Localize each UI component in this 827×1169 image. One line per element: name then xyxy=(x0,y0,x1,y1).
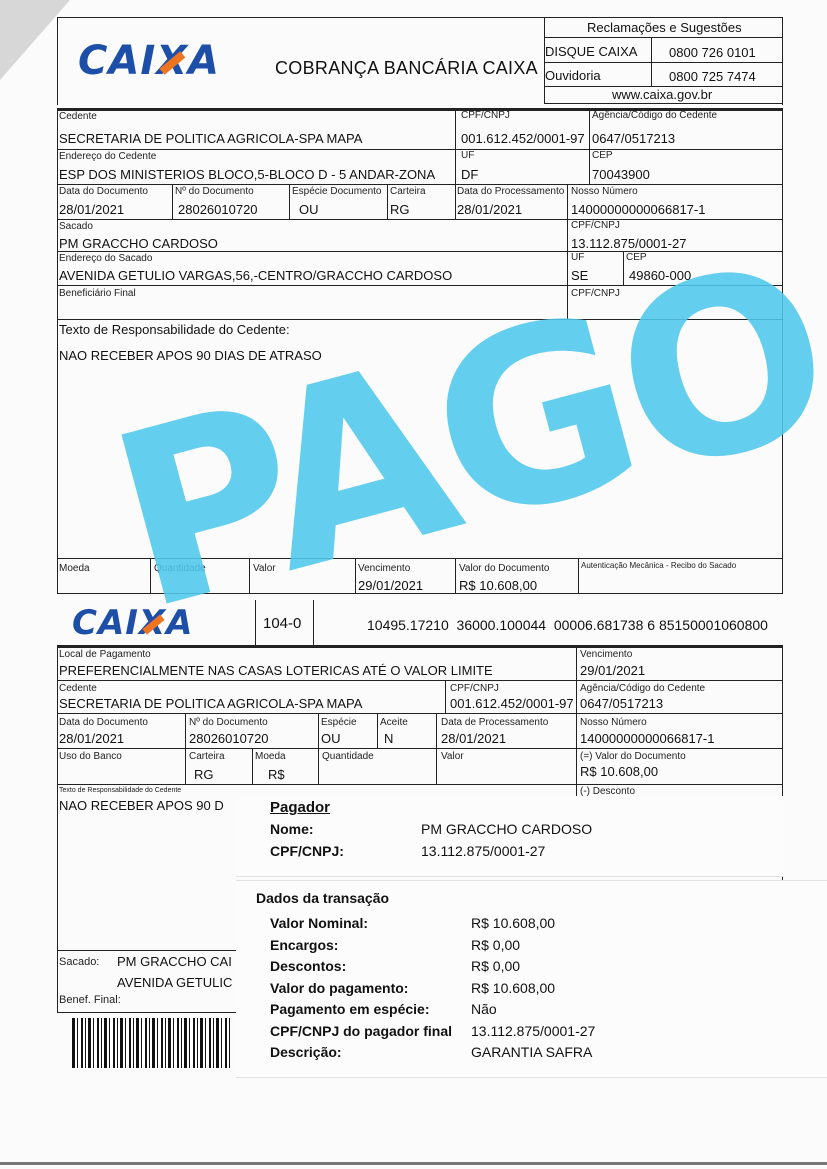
slip-header-divider xyxy=(313,600,314,645)
transacao-value: Não xyxy=(471,1001,497,1017)
sacado-uf-value: SE xyxy=(571,268,588,283)
col-divider xyxy=(445,680,446,713)
header-left-line xyxy=(57,17,58,105)
caixa-logo-slip: CAIXA xyxy=(72,603,193,643)
row-divider xyxy=(57,319,783,320)
cedente-label: Cedente xyxy=(59,111,97,122)
endereco-cedente-label: Endereço do Cedente xyxy=(59,151,156,162)
col-divider xyxy=(455,558,456,594)
contacts-divider xyxy=(544,62,783,63)
slip-cpf-cnpj-label: CPF/CNPJ xyxy=(450,683,499,694)
transacao-value: R$ 0,00 xyxy=(471,958,520,974)
transacao-heading: Dados da transação xyxy=(256,890,389,906)
slip-numero-documento-label: Nº do Documento xyxy=(189,717,268,728)
pagador-heading: Pagador xyxy=(270,799,330,816)
agencia-value: 0647/0517213 xyxy=(592,131,675,146)
slip-carteira-value: RG xyxy=(194,767,214,782)
col-divider xyxy=(567,184,568,319)
pagador-nome-key: Nome: xyxy=(270,821,314,837)
slip-cpf-cnpj-value: 001.612.452/0001-97 xyxy=(450,696,574,711)
contact-label-disque: DISQUE CAIXA xyxy=(545,44,637,59)
cpf-cnpj-value: 001.612.452/0001-97 xyxy=(461,131,585,146)
col-divider xyxy=(576,645,577,797)
carteira-label: Carteira xyxy=(390,186,426,197)
contacts-heading: Reclamações e Sugestões xyxy=(587,20,742,35)
row-divider xyxy=(57,251,783,252)
data-processamento-label: Data do Processamento xyxy=(457,186,564,197)
quantidade-label: Quantidade xyxy=(154,563,206,574)
especie-documento-label: Espécie Documento xyxy=(292,186,382,197)
vencimento-value: 29/01/2021 xyxy=(358,578,423,593)
barcode xyxy=(72,1018,230,1068)
sacado-label: Sacado xyxy=(59,221,93,232)
slip-sacado-label: Sacado: xyxy=(59,956,99,968)
agencia-label: Agência/Código do Cedente xyxy=(592,110,717,121)
transacao-key: Valor Nominal: xyxy=(270,915,368,931)
col-divider xyxy=(172,184,173,219)
slip-nosso-numero-value: 14000000000066817-1 xyxy=(580,731,714,746)
row-divider xyxy=(57,950,237,951)
contacts-divider xyxy=(544,37,783,38)
linha-digitavel[interactable]: 10495.17210 36000.100044 00006.681738 6 … xyxy=(367,617,768,633)
col-divider xyxy=(377,713,378,748)
slip-texto-responsabilidade-label: Texto de Responsabilidade do Cedente xyxy=(59,787,181,794)
data-documento-label: Data do Documento xyxy=(59,186,148,197)
sacado-cpf-value: 13.112.875/0001-27 xyxy=(571,236,686,251)
slip-data-documento-value: 28/01/2021 xyxy=(59,731,124,746)
col-divider xyxy=(318,713,319,784)
transacao-key: Pagamento em espécie: xyxy=(270,1001,430,1017)
slip-carteira-label: Carteira xyxy=(189,751,225,762)
slip-cedente-label: Cedente xyxy=(59,683,97,694)
slip-texto-responsabilidade-value: NAO RECEBER APOS 90 D xyxy=(59,798,224,813)
cep-value: 70043900 xyxy=(592,167,650,182)
slip-valor-documento-value: R$ 10.608,00 xyxy=(580,764,658,779)
valor-documento-label: Valor do Documento xyxy=(459,563,549,574)
vencimento-label: Vencimento xyxy=(358,563,410,574)
row-divider xyxy=(57,285,783,286)
transacao-value: GARANTIA SAFRA xyxy=(471,1044,592,1060)
slip-cedente-value: SECRETARIA DE POLITICA AGRICOLA-SPA MAPA xyxy=(59,696,362,711)
nosso-numero-label: Nosso Número xyxy=(571,186,638,197)
row-divider xyxy=(57,784,783,785)
nosso-numero-value: 14000000000066817-1 xyxy=(571,202,705,217)
pagador-cpf-key: CPF/CNPJ: xyxy=(270,843,344,859)
slip-vencimento-value: 29/01/2021 xyxy=(580,663,645,678)
slip-local-pagamento-value: PREFERENCIALMENTE NAS CASAS LOTERICAS AT… xyxy=(59,663,493,678)
slip-vencimento-label: Vencimento xyxy=(580,649,632,660)
row-divider xyxy=(57,149,783,150)
document-title: COBRANÇA BANCÁRIA CAIXA xyxy=(275,58,538,79)
pagador-nome-value: PM GRACCHO CARDOSO xyxy=(421,821,592,837)
caixa-logo: CAIXA xyxy=(78,38,220,84)
texto-responsabilidade-label: Texto de Responsabilidade do Cedente: xyxy=(59,322,290,337)
slip-data-documento-label: Data do Documento xyxy=(59,717,148,728)
bank-code: 104-0 xyxy=(263,615,301,632)
carteira-value: RG xyxy=(390,202,410,217)
numero-documento-label: Nº do Documento xyxy=(175,186,254,197)
cedente-value: SECRETARIA DE POLITICA AGRICOLA-SPA MAPA xyxy=(59,131,362,146)
data-documento-value: 28/01/2021 xyxy=(59,202,124,217)
sacado-cpf-label: CPF/CNPJ xyxy=(571,220,620,231)
cpf-cnpj-label: CPF/CNPJ xyxy=(461,110,510,121)
slip-moeda-value: R$ xyxy=(268,767,285,782)
transacao-value: R$ 0,00 xyxy=(471,937,520,953)
contacts-divider xyxy=(651,37,652,86)
valor-documento-value: R$ 10.608,00 xyxy=(459,578,537,593)
transacao-key: Valor do pagamento: xyxy=(270,980,408,996)
transacao-key: Encargos: xyxy=(270,937,338,953)
slip-valor-label: Valor xyxy=(441,751,464,762)
texto-responsabilidade-value: NAO RECEBER APOS 90 DIAS DE ATRASO xyxy=(59,348,322,363)
slip-sacado-address: AVENIDA GETULIC xyxy=(117,975,232,990)
slip-agencia-label: Agência/Código do Cedente xyxy=(580,683,705,694)
slip-aceite-value: N xyxy=(384,731,393,746)
slip-valor-documento-label: (=) Valor do Documento xyxy=(580,751,686,762)
col-divider xyxy=(436,713,437,784)
numero-documento-value: 28026010720 xyxy=(178,202,258,217)
slip-numero-documento-value: 28026010720 xyxy=(189,731,269,746)
valor-label: Valor xyxy=(253,563,276,574)
slip-moeda-label: Moeda xyxy=(255,751,286,762)
transacao-value: R$ 10.608,00 xyxy=(471,915,555,931)
slip-aceite-label: Aceite xyxy=(380,717,408,728)
row-divider xyxy=(57,219,783,220)
page-bottom-edge xyxy=(0,1162,827,1165)
slip-local-pagamento-label: Local de Pagamento xyxy=(59,649,151,660)
row-divider xyxy=(57,748,783,749)
col-divider xyxy=(578,558,579,594)
sacado-value: PM GRACCHO CARDOSO xyxy=(59,236,218,251)
data-processamento-value: 28/01/2021 xyxy=(457,202,522,217)
row-divider xyxy=(57,680,783,681)
sacado-cep-value: 49860-000 xyxy=(629,268,691,283)
row-divider xyxy=(57,184,783,185)
endereco-cedente-value: ESP DOS MINISTERIOS BLOCO,5-BLOCO D - 5 … xyxy=(59,167,435,182)
col-divider xyxy=(249,558,250,594)
website-link[interactable]: www.caixa.gov.br xyxy=(612,87,712,102)
slip-uso-banco-label: Uso do Banco xyxy=(59,751,122,762)
uf-value: DF xyxy=(461,167,478,182)
slip-sacado-name: PM GRACCHO CAI xyxy=(117,954,232,969)
row-divider xyxy=(57,558,783,559)
contact-phone-ouvidoria[interactable]: 0800 725 7474 xyxy=(669,69,756,84)
transacao-value: 13.112.875/0001-27 xyxy=(471,1023,595,1039)
col-divider xyxy=(355,558,356,594)
beneficiario-cpf-label: CPF/CNPJ xyxy=(571,288,620,299)
slip-agencia-value: 0647/0517213 xyxy=(580,696,663,711)
autenticacao-label: Autenticação Mecânica - Recibo do Sacado xyxy=(581,561,736,570)
uf-label: UF xyxy=(461,150,474,161)
col-divider xyxy=(589,108,590,184)
endereco-sacado-label: Endereço do Sacado xyxy=(59,253,152,264)
col-divider xyxy=(185,713,186,784)
slip-data-processamento-value: 28/01/2021 xyxy=(441,731,506,746)
row-divider xyxy=(57,713,783,714)
slip-header-divider xyxy=(255,600,256,645)
slip-data-processamento-label: Data de Processamento xyxy=(441,717,548,728)
sacado-uf-label: UF xyxy=(571,252,584,263)
slip-quantidade-label: Quantidade xyxy=(322,751,374,762)
slip-benef-final-label: Benef. Final: xyxy=(59,994,121,1006)
col-divider xyxy=(252,748,253,784)
pagador-cpf-value: 13.112.875/0001-27 xyxy=(421,843,545,859)
col-divider xyxy=(623,251,624,285)
cep-label: CEP xyxy=(592,150,613,161)
transacao-key: Descontos: xyxy=(270,958,346,974)
slip-especie-value: OU xyxy=(321,731,341,746)
transacao-value: R$ 10.608,00 xyxy=(471,980,555,996)
endereco-sacado-value: AVENIDA GETULIO VARGAS,56,-CENTRO/GRACCH… xyxy=(59,268,452,283)
contact-phone-disque[interactable]: 0800 726 0101 xyxy=(669,45,756,60)
col-divider xyxy=(150,558,151,594)
transacao-key: Descrição: xyxy=(270,1044,342,1060)
moeda-label: Moeda xyxy=(59,563,90,574)
contact-label-ouvidoria: Ouvidoria xyxy=(545,68,601,83)
sacado-cep-label: CEP xyxy=(626,252,647,263)
col-divider xyxy=(289,184,290,219)
beneficiario-final-label: Beneficiário Final xyxy=(59,288,136,299)
transacao-key: CPF/CNPJ do pagador final xyxy=(270,1023,452,1039)
slip-nosso-numero-label: Nosso Número xyxy=(580,717,647,728)
col-divider xyxy=(387,184,388,219)
col-divider xyxy=(455,108,456,219)
slip-especie-label: Espécie xyxy=(321,717,357,728)
especie-documento-value: OU xyxy=(299,202,319,217)
